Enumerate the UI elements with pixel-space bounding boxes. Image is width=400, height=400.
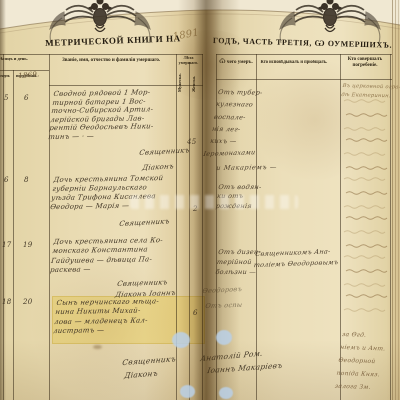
clergy-signature: Діаконъ <box>142 162 175 172</box>
col-header-cause: Ѿ чего умеръ. <box>217 60 255 65</box>
rule <box>189 62 190 400</box>
col-header-confessor: Кто исповѣдывалъ и пріобщалъ. <box>257 60 331 65</box>
rule <box>49 54 50 400</box>
col-header-death-day: смерти. <box>0 74 10 78</box>
rule <box>216 79 392 80</box>
rule <box>390 54 391 400</box>
faint-note: Отъ оспы <box>205 301 243 310</box>
entry-death-day: 6 <box>4 176 9 184</box>
entry-text: Дочь крестьянина Томскойгуберніи Барнаул… <box>50 174 164 212</box>
entry-text: Сводной рядовой 1 Мор-тирной батареи 1 В… <box>48 88 159 141</box>
col-header-burial-1: Кто совершалъ <box>341 57 389 62</box>
rule <box>13 70 14 400</box>
burial-place-note: за Ѳгд.ніемъ и Ант.Ѳеодорнойпопіда Княз.… <box>334 328 388 394</box>
col-header-person: Званіе, имя, отчество и фамилія умершаго… <box>52 57 170 63</box>
entry-death-day: 18 <box>2 298 11 306</box>
entry-burial-day: 6 <box>24 94 29 102</box>
entry-text: Сынъ нерчинскаго мѣща-нина Никиты Михай-… <box>52 297 159 337</box>
entry-age: 6 <box>193 309 198 317</box>
entry-burial-day: 19 <box>23 241 32 249</box>
rule <box>3 54 4 400</box>
metrical-book-photo: МЕТРИЧЕСКОЙ КНИГИ НА 1891 ГОДЪ, ЧАСТЬ ТР… <box>0 0 400 400</box>
ink-smudge <box>93 345 102 349</box>
col-header-date-group: Мѣсяцъ и день. <box>0 56 28 61</box>
col-header-age-female: Женска. <box>191 66 196 92</box>
rule <box>0 54 203 55</box>
confessor-entry: и Макаріемъ — <box>216 163 278 172</box>
rule <box>202 54 203 400</box>
burial-place-note: Въ церковной огра-дѣ Екатеринин. <box>341 82 400 101</box>
entry-death-day: 17 <box>2 241 11 249</box>
entry-burial-day: 20 <box>23 298 32 306</box>
col-header-age-group: Лѣта умершаго. <box>175 56 202 65</box>
entry-death-day: 5 <box>4 94 9 102</box>
entry-burial-day: 8 <box>24 176 29 184</box>
entry-text: Дочь крестьянина села Ко-монскаго Конста… <box>49 236 163 276</box>
rule <box>176 54 177 400</box>
cause-of-death: Отъ водян-ки отърожденія <box>215 183 262 211</box>
rule <box>216 54 392 55</box>
col-header-burial-2: погребеніе. <box>341 63 389 68</box>
entry-age: 45 <box>187 138 196 146</box>
col-header-age-male: Мужеска. <box>177 66 182 92</box>
entry-age: 2 <box>193 205 198 213</box>
confessor-entry: Священникомъ Ана-толіемъ Ѳеодоровымъ <box>253 246 341 272</box>
